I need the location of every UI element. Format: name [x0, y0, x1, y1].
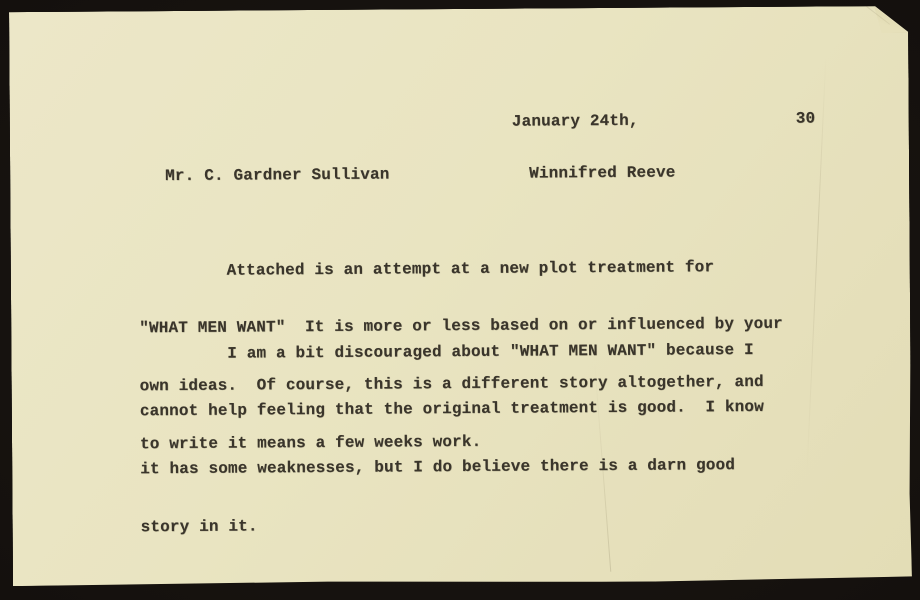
letter-page: January 24th, 30 Mr. C. Gardner Sullivan… — [9, 6, 912, 586]
recipient-name: Mr. C. Gardner Sullivan — [165, 165, 389, 185]
date: January 24th, — [512, 112, 639, 131]
paragraph-line: story in it. — [141, 514, 821, 538]
sender-name: Winnifred Reeve — [529, 163, 675, 182]
paragraph-line: Attached is an attempt at a new plot tre… — [139, 257, 819, 281]
paragraph-line: I am a bit discouraged about "WHAT MEN W… — [139, 340, 819, 364]
page-number: 30 — [796, 110, 816, 128]
paragraph-line: cannot help feeling that the original tr… — [140, 398, 820, 422]
paragraph-line: it has some weaknesses, but I do believe… — [140, 456, 820, 480]
paragraph: I am a bit discouraged about "WHAT MEN W… — [139, 301, 821, 576]
